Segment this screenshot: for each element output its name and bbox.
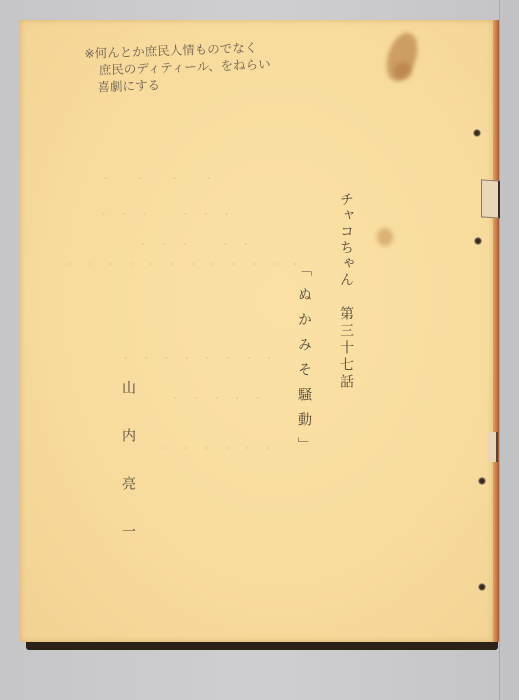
bleed-through-text: ・ ・ ・ ・ ・ xyxy=(138,236,254,252)
bleed-through-text: ・ ・ ・ ・ ・ xyxy=(170,390,266,406)
series-heading: チャコちゃん 第三十七話 xyxy=(336,192,356,391)
binding-tab xyxy=(481,179,500,218)
bleed-through-text: ・ ・ ・ ・ ・ ・ ・ ・ xyxy=(120,350,277,366)
bleed-through-text: ・ ・ ・ ・ ・ ・ ・ ・ ・ ・ ・ ・ xyxy=(64,256,303,272)
binding-hole xyxy=(474,237,482,245)
scanner-edge-strip xyxy=(499,0,519,700)
bleed-through-text: ・ ・ ・ ・ xyxy=(100,170,218,186)
stain-mark xyxy=(377,228,393,246)
binding-hole xyxy=(478,477,486,485)
episode-number: 第三十七話 xyxy=(336,306,356,391)
author-name: 山内亮一 xyxy=(118,380,138,572)
stain-mark xyxy=(394,62,412,80)
bleed-through-text: ・ ・ ・ ・ ・ ・ xyxy=(98,206,235,222)
script-cover-page: ・ ・ ・ ・ ・ ・ ・ ・ ・ ・ ・ ・ ・ ・ ・ ・ ・ ・ ・ ・ … xyxy=(20,20,493,642)
handwritten-note: ※何んとか庶民人情ものでなく 庶民のディティール、をねらい 喜劇にする xyxy=(84,39,271,96)
series-title: チャコちゃん xyxy=(338,192,354,288)
binding-hole xyxy=(473,129,481,137)
binding-hole xyxy=(478,583,486,591)
binding-tab xyxy=(488,432,498,462)
page-right-edge xyxy=(493,20,499,642)
bleed-through-text: ・ ・ ・ ・ ・ ・ xyxy=(160,440,276,456)
story-title: 「ぬかみそ騒動」 xyxy=(294,262,314,462)
